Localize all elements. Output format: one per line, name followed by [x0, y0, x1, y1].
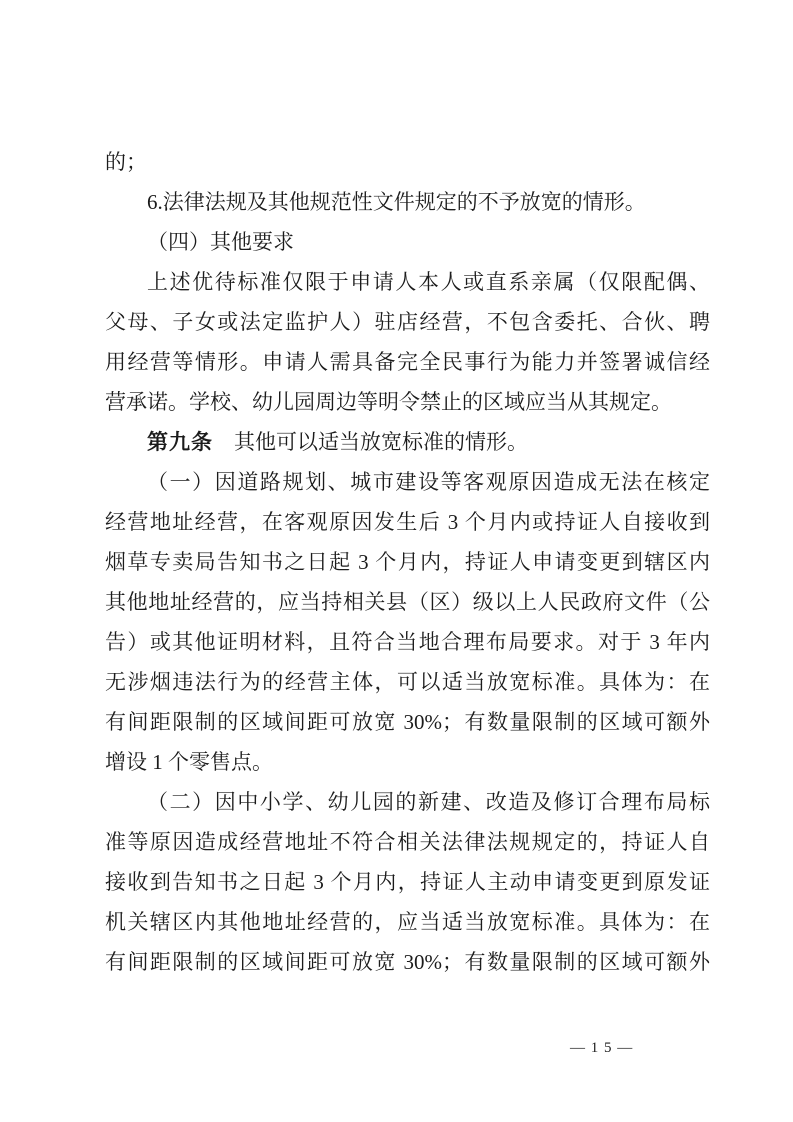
- text-line: 上述优待标准仅限于申请人本人或直系亲属（仅限配偶、: [105, 262, 710, 302]
- text-run: 其他可以适当放宽标准的情形。: [213, 430, 528, 454]
- document-page: 的；6.法律法规及其他规范性文件规定的不予放宽的情形。（四）其他要求上述优待标准…: [0, 0, 793, 1122]
- text-line: 准等原因造成经营地址不符合相关法律法规规定的，持证人自: [105, 822, 710, 862]
- text-line: 有间距限制的区域间距可放宽 30%；有数量限制的区域可额外: [105, 942, 710, 982]
- text-run: （一）因道路规划、城市建设等客观原因造成无法在核定: [147, 470, 710, 494]
- text-line: 第九条 其他可以适当放宽标准的情形。: [105, 422, 710, 462]
- text-line: 增设 1 个零售点。: [105, 742, 710, 782]
- document-body: 的；6.法律法规及其他规范性文件规定的不予放宽的情形。（四）其他要求上述优待标准…: [105, 142, 710, 982]
- text-line: 有间距限制的区域间距可放宽 30%；有数量限制的区域可额外: [105, 702, 710, 742]
- text-run: 无涉烟违法行为的经营主体，可以适当放宽标准。具体为：在: [105, 670, 710, 694]
- text-line: 经营地址经营，在客观原因发生后 3 个月内或持证人自接收到: [105, 502, 710, 542]
- page-number: — 1 5 —: [570, 1040, 633, 1057]
- text-run: 的；: [105, 150, 147, 174]
- text-line: 机关辖区内其他地址经营的，应当适当放宽标准。具体为：在: [105, 902, 710, 942]
- text-line: 的；: [105, 142, 710, 182]
- text-run: 6.法律法规及其他规范性文件规定的不予放宽的情形。: [147, 190, 646, 214]
- text-line: 父母、子女或法定监护人）驻店经营，不包含委托、合伙、聘: [105, 302, 710, 342]
- text-line: 其他地址经营的，应当持相关县（区）级以上人民政府文件（公: [105, 582, 710, 622]
- text-run: 准等原因造成经营地址不符合相关法律法规规定的，持证人自: [105, 830, 710, 854]
- text-run: 经营地址经营，在客观原因发生后 3 个月内或持证人自接收到: [105, 510, 710, 534]
- text-line: 用经营等情形。申请人需具备完全民事行为能力并签署诚信经: [105, 342, 710, 382]
- text-run: 父母、子女或法定监护人）驻店经营，不包含委托、合伙、聘: [105, 310, 710, 334]
- article-number: 第九条: [147, 431, 213, 454]
- text-run: 营承诺。学校、幼儿园周边等明令禁止的区域应当从其规定。: [105, 390, 672, 414]
- text-line: （二）因中小学、幼儿园的新建、改造及修订合理布局标: [105, 782, 710, 822]
- text-line: 告）或其他证明材料，且符合当地合理布局要求。对于 3 年内: [105, 622, 710, 662]
- text-line: 营承诺。学校、幼儿园周边等明令禁止的区域应当从其规定。: [105, 382, 710, 422]
- text-run: 烟草专卖局告知书之日起 3 个月内，持证人申请变更到辖区内: [105, 550, 710, 574]
- text-line: 6.法律法规及其他规范性文件规定的不予放宽的情形。: [105, 182, 710, 222]
- text-line: 烟草专卖局告知书之日起 3 个月内，持证人申请变更到辖区内: [105, 542, 710, 582]
- text-run: 有间距限制的区域间距可放宽 30%；有数量限制的区域可额外: [105, 950, 710, 974]
- text-run: 有间距限制的区域间距可放宽 30%；有数量限制的区域可额外: [105, 710, 710, 734]
- text-run: 告）或其他证明材料，且符合当地合理布局要求。对于 3 年内: [105, 630, 710, 654]
- text-run: 用经营等情形。申请人需具备完全民事行为能力并签署诚信经: [105, 350, 710, 374]
- text-line: （四）其他要求: [105, 222, 710, 262]
- text-run: 上述优待标准仅限于申请人本人或直系亲属（仅限配偶、: [147, 270, 710, 294]
- text-run: 增设 1 个零售点。: [105, 750, 273, 774]
- text-run: 其他地址经营的，应当持相关县（区）级以上人民政府文件（公: [105, 590, 710, 614]
- text-run: 机关辖区内其他地址经营的，应当适当放宽标准。具体为：在: [105, 910, 710, 934]
- text-line: 接收到告知书之日起 3 个月内，持证人主动申请变更到原发证: [105, 862, 710, 902]
- text-line: （一）因道路规划、城市建设等客观原因造成无法在核定: [105, 462, 710, 502]
- text-run: （四）其他要求: [147, 230, 294, 254]
- text-line: 无涉烟违法行为的经营主体，可以适当放宽标准。具体为：在: [105, 662, 710, 702]
- text-run: （二）因中小学、幼儿园的新建、改造及修订合理布局标: [147, 790, 710, 814]
- text-run: 接收到告知书之日起 3 个月内，持证人主动申请变更到原发证: [105, 870, 710, 894]
